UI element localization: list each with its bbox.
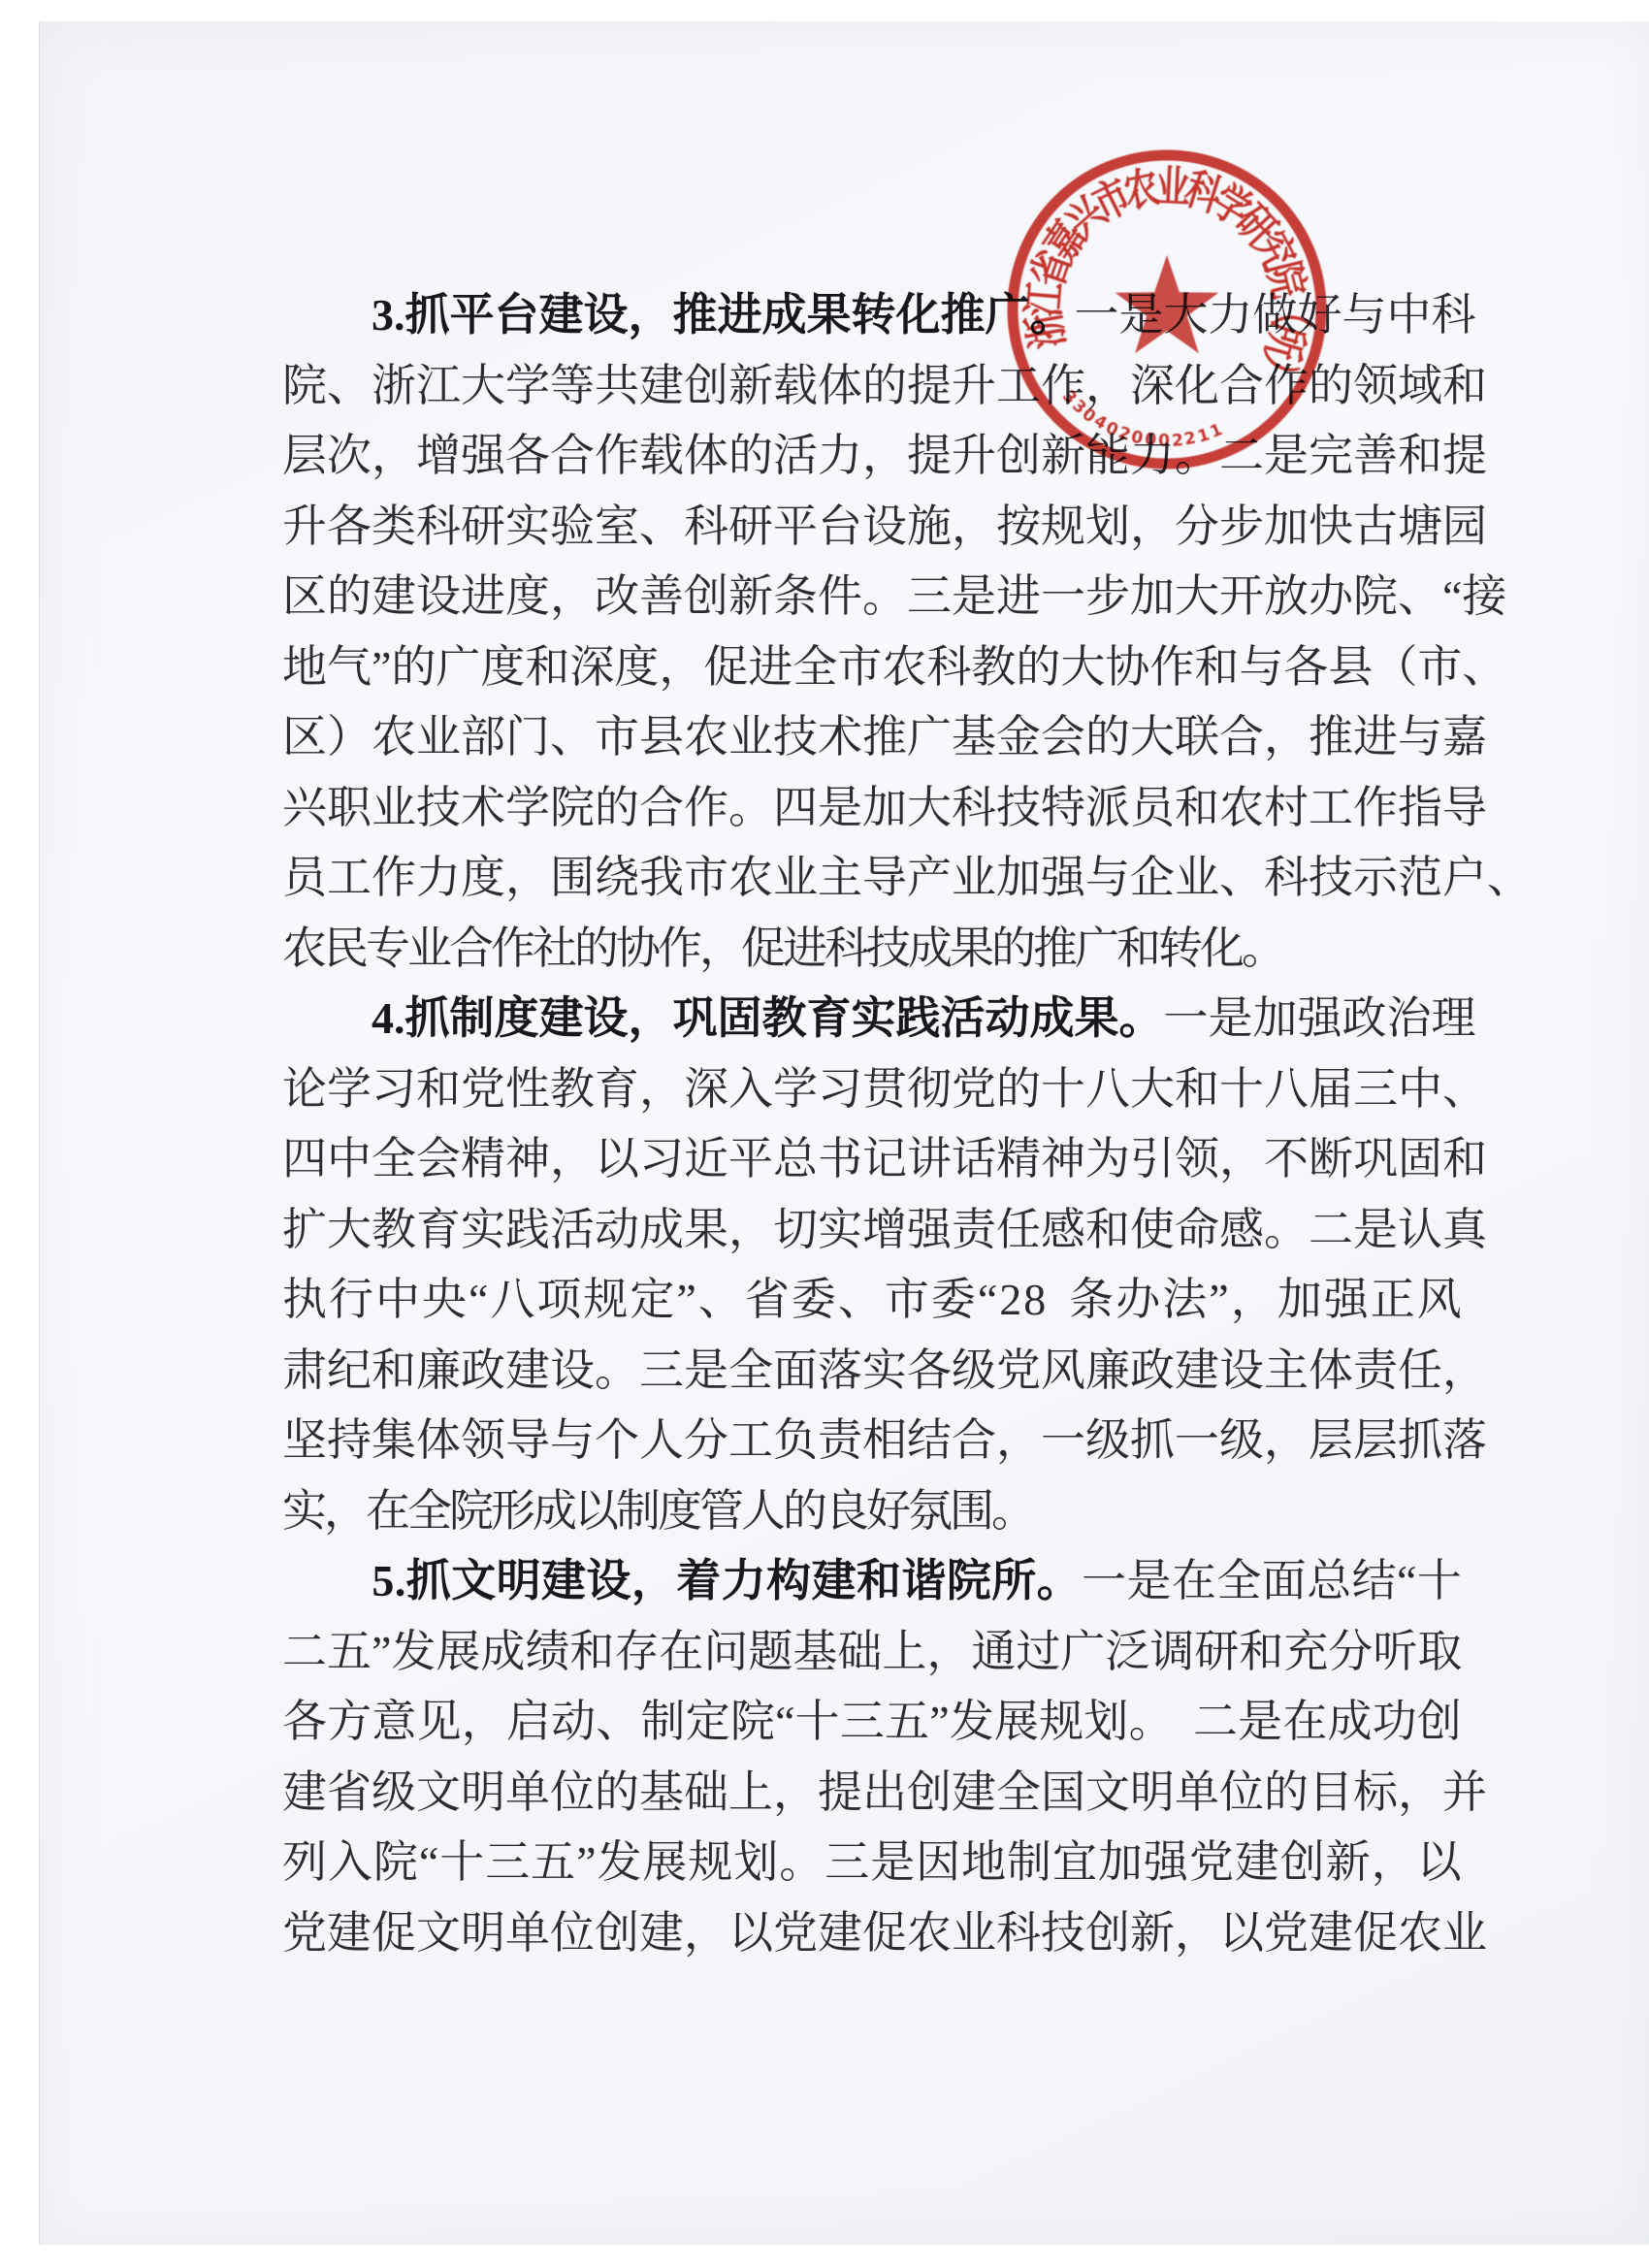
text-line: 区的建设进度，改善创新条件。三是进一步加大开放办院、“接	[282, 572, 1462, 643]
seal-arc-char: 科	[1180, 167, 1227, 219]
text-line: 二五”发展成绩和存在问题基础上，通过广泛调研和充分听取	[282, 1628, 1462, 1699]
text-line: 层次，增强各合作载体的活力，提升创新能力。二是完善和提	[282, 432, 1462, 502]
seal-arc-char: 究	[1246, 225, 1302, 276]
text-line: 论学习和党性教育，深入学习贯彻党的十八大和十八届三中、	[282, 1065, 1462, 1136]
paragraph-indent	[282, 1557, 372, 1628]
paragraph-indent	[282, 291, 372, 362]
text-line: 兴职业技术学院的合作。四是加大科技特派员和农村工作指导	[282, 784, 1462, 855]
seal-arc-char: 业	[1154, 165, 1191, 211]
text-line: 5.抓文明建设，着力构建和谐院所。一是在全面总结“十	[282, 1557, 1462, 1628]
seal-arc-char: 研	[1228, 198, 1283, 253]
text-line: 党建促文明单位创建，以党建促农业科技创新，以党建促农业	[282, 1909, 1462, 1980]
seal-arc-char: 农	[1120, 165, 1164, 215]
text-line: 列入院“十三五”发展规划。三是因地制宜加强党建创新，以	[282, 1838, 1462, 1909]
text-line: 各方意见，启动、制定院“十三五”发展规划。 二是在成功创	[282, 1698, 1462, 1768]
seal-arc-char: 市	[1086, 173, 1137, 227]
paragraph-indent	[282, 994, 372, 1065]
text-line: 建省级文明单位的基础上，提出创建全国文明单位的目标，并	[282, 1768, 1462, 1839]
text-line: 实，在全院形成以制度管人的良好氛围。	[282, 1487, 1462, 1558]
seal-arc-char: 嘉	[1038, 214, 1093, 268]
document-body: 3.抓平台建设，推进成果转化推广。一是大力做好与中科院、浙江大学等共建创新载体的…	[282, 291, 1462, 1979]
document-page: 3.抓平台建设，推进成果转化推广。一是大力做好与中科院、浙江大学等共建创新载体的…	[39, 21, 1649, 2245]
text-line: 肃纪和廉政建设。三是全面落实各级党风廉政建设主体责任，	[282, 1346, 1462, 1417]
seal-arc-char: 省	[1025, 245, 1078, 293]
text-line: 地气”的广度和深度，促进全市农科教的大协作和与各县（市、	[282, 643, 1462, 714]
text-line: 执行中央“八项规定”、省委、市委“28 条办法”，加强正风	[282, 1276, 1462, 1346]
text-line: 4.抓制度建设，巩固教育实践活动成果。一是加强政治理	[282, 994, 1462, 1065]
text-line: 区）农业部门、市县农业技术推广基金会的大联合，推进与嘉	[282, 713, 1462, 784]
text-line: 坚持集体领导与个人分工负责相结合，一级抓一级，层层抓落	[282, 1416, 1462, 1487]
text-line: 扩大教育实践活动成果，切实增强责任感和使命感。二是认真	[282, 1206, 1462, 1277]
text-line: 升各类科研实验室、科研平台设施，按规划，分步加快古塘园	[282, 502, 1462, 573]
seal-arc-char: 学	[1206, 178, 1258, 234]
text-line: 3.抓平台建设，推进成果转化推广。一是大力做好与中科	[282, 291, 1462, 362]
text-line: 院、浙江大学等共建创新载体的提升工作，深化合作的领域和	[282, 362, 1462, 433]
text-line: 员工作力度，围绕我市农业主导产业加强与企业、科技示范户、	[282, 854, 1462, 924]
seal-arc-char: 兴	[1058, 190, 1114, 246]
text-line: 农民专业合作社的协作，促进科技成果的推广和转化。	[282, 924, 1462, 995]
text-line: 四中全会精神，以习近平总书记讲话精神为引领，不断巩固和	[282, 1135, 1462, 1206]
